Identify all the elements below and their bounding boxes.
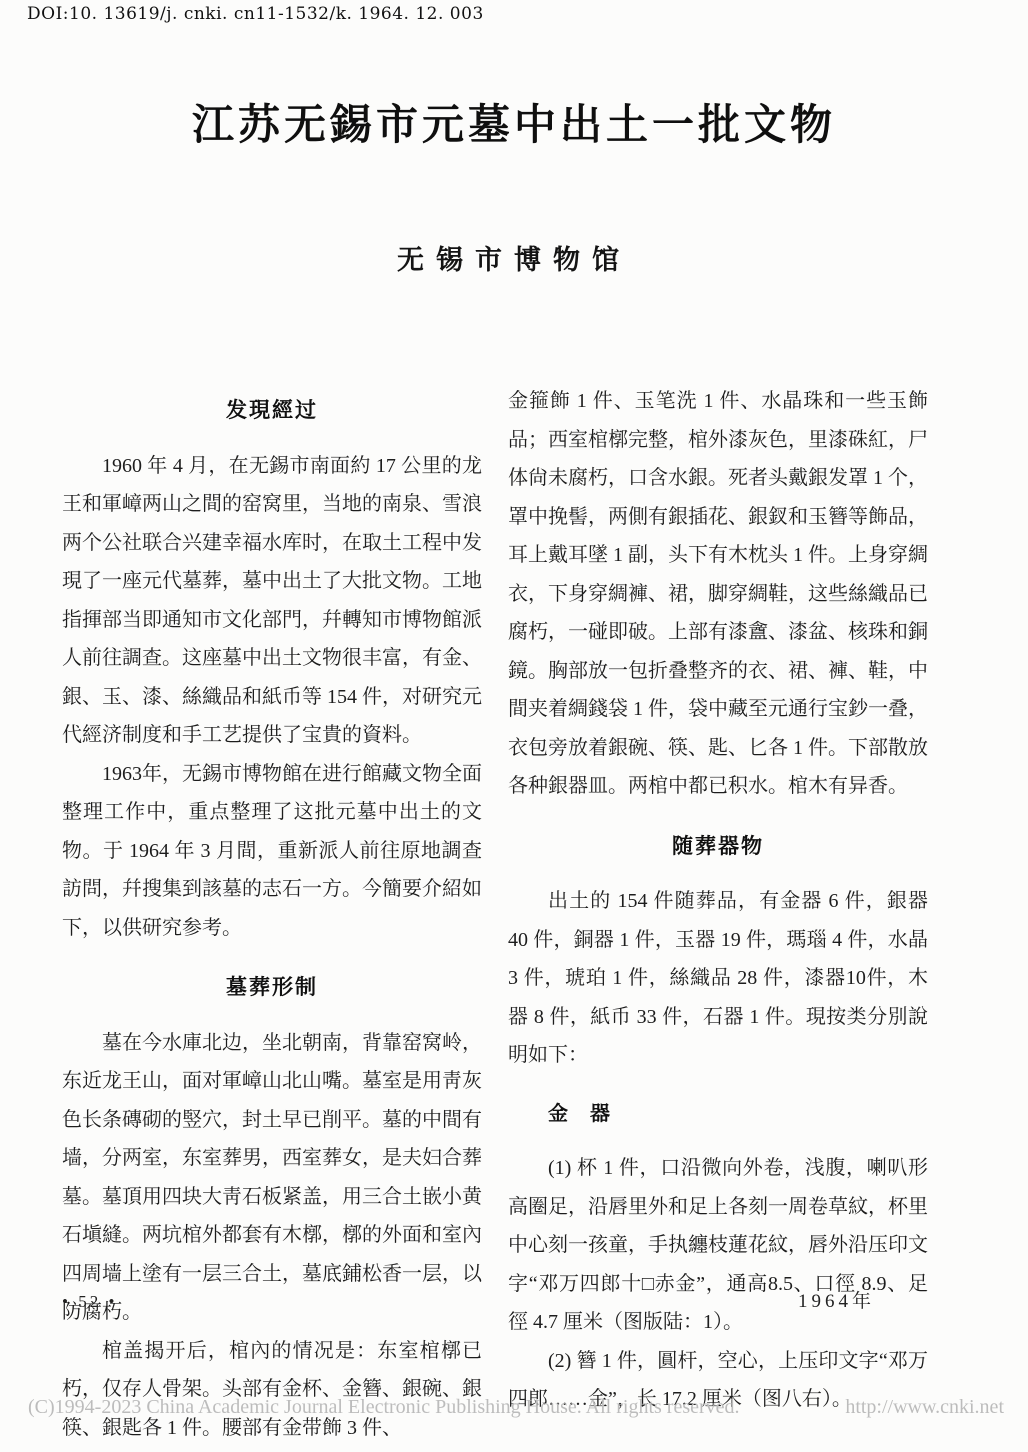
section-heading-burial-objects: 随葬器物 [508,828,928,867]
journal-page: DOI:10. 13619/j. cnki. cn11-1532/k. 1964… [0,0,1028,1452]
paragraph-tomb-form-2: 棺盖揭开后，棺內的情况是：东室棺槨已朽，仅存人骨架。头部有金杯、金簪、銀碗、銀筷… [62,1332,482,1448]
doi-text: DOI:10. 13619/j. cnki. cn11-1532/k. 1964… [27,4,484,24]
subheading-gold-ware: 金 器 [508,1095,928,1134]
copyright-text: (C)1994-2023 China Academic Journal Elec… [28,1396,740,1419]
paragraph-discovery-2: 1963年，无錫市博物館在进行館藏文物全面整理工作中，重点整理了这批元墓中出土的… [62,755,482,948]
page-footer: • 52 • 1964年 [62,1286,967,1313]
cnki-watermark: (C)1994-2023 China Academic Journal Elec… [28,1396,1004,1419]
paragraph-discovery-1: 1960 年 4 月，在无錫市南面約 17 公里的龙王和軍嶂两山之間的窑窝里，当… [62,447,482,755]
section-heading-tomb-form: 墓葬形制 [62,969,482,1008]
paragraph-tomb-form-continued: 金箍飾 1 件、玉笔洗 1 件、水晶珠和一些玉飾品；西室棺槨完整，棺外漆灰色，里… [508,382,928,806]
article-title: 江苏无錫市元墓中出土一批文物 [0,92,1028,152]
paragraph-burial-objects-summary: 出土的 154 件随葬品，有金器 6 件，銀器 40 件，銅器 1 件，玉器 1… [508,882,928,1075]
cnki-url: http://www.cnki.net [845,1396,1004,1419]
issue-year: 1964年 [798,1286,875,1313]
article-author: 无锡市博物馆 [0,238,1028,277]
page-number: • 52 • [62,1292,117,1312]
section-heading-discovery: 发現經过 [62,392,482,431]
